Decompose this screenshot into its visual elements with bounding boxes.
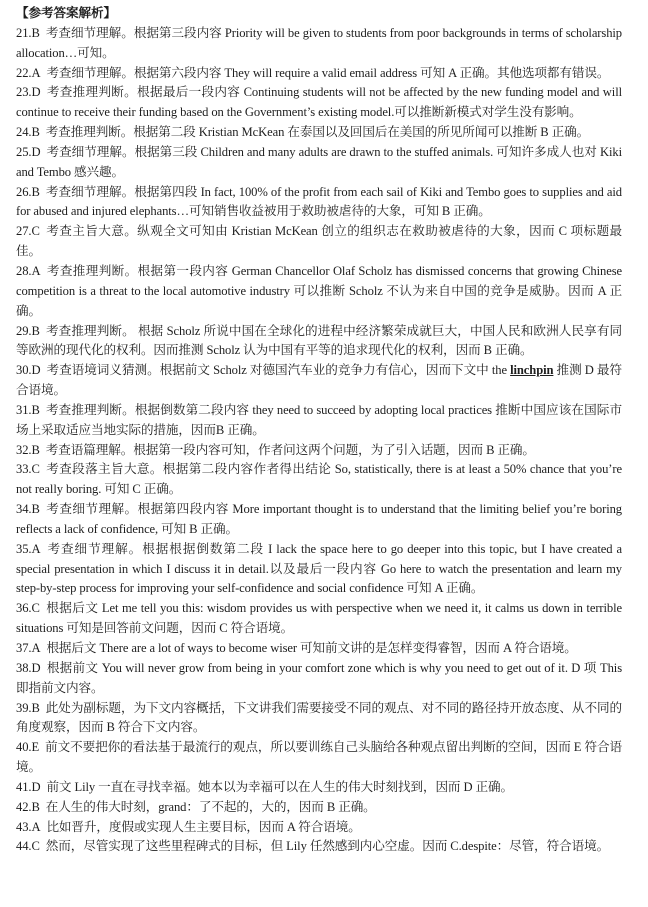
answer-explanation: 考查细节理解。根据第三段 Children and many adults ar… [16,145,622,179]
answer-item-35: 35.A考查细节理解。根据根据倒数第二段 I lack the space he… [16,540,622,600]
answer-explanation: 考查细节理解。根据第四段内容 More important thought is… [16,502,622,536]
highlighted-word-linchpin: linchpin [510,363,553,377]
answer-explanation: 然而，尽管实现了这些里程碑式的目标，但 Lily 任然感到内心空虚。因而 C.d… [46,839,609,853]
answer-item-23: 23.D考查推理判断。根据最后一段内容 Continuing students … [16,83,622,123]
answer-number: 29.B [16,324,40,338]
answer-number: 26.B [16,185,40,199]
answer-explanation: 考查推理判断。根据第二段 Kristian McKean 在泰国以及回国后在美国… [46,125,589,139]
answer-item-36: 36.C根据后文 Let me tell you this: wisdom pr… [16,599,622,639]
answer-item-42: 42.B在人生的伟大时刻，grand：了不起的，大的，因而 B 正确。 [16,798,622,818]
answer-explanation: 根据前文 You will never grow from being in y… [16,661,622,695]
answer-item-24: 24.B考查推理判断。根据第二段 Kristian McKean 在泰国以及回国… [16,123,622,143]
answer-item-26: 26.B考查细节理解。根据第四段 In fact, 100% of the pr… [16,183,622,223]
answer-number: 35.A [16,542,40,556]
answer-number: 38.D [16,661,40,675]
answer-explanation: 考查细节理解。根据根据倒数第二段 I lack the space here t… [16,542,622,596]
answer-number: 23.D [16,85,40,99]
answer-number: 32.B [16,443,40,457]
answer-explanation: 考查推理判断。根据最后一段内容 Continuing students will… [16,85,622,119]
answer-item-21: 21.B考查细节理解。根据第三段内容 Priority will be give… [16,24,622,64]
answer-explanation: 根据后文 There are a lot of ways to become w… [46,641,576,655]
answer-number: 27.C [16,224,40,238]
answer-number: 43.A [16,820,40,834]
answer-item-44: 44.C然而，尽管实现了这些里程碑式的目标，但 Lily 任然感到内心空虚。因而… [16,837,622,857]
answer-item-25: 25.D考查细节理解。根据第三段 Children and many adult… [16,143,622,183]
answer-item-43: 43.A比如晋升，度假或实现人生主要目标，因而 A 符合语境。 [16,818,622,838]
answer-explanation: 比如晋升，度假或实现人生主要目标，因而 A 符合语境。 [46,820,360,834]
answer-explanation-before: 考查语境词义猜测。根据前文 Scholz 对德国汽车业的竞争力有信心，因而下文中… [46,363,510,377]
answer-item-39: 39.B此处为副标题，为下文内容概括，下文讲我们需要接受不同的观点、对不同的路径… [16,699,622,739]
answer-explanation: 在人生的伟大时刻，grand：了不起的，大的，因而 B 正确。 [46,800,376,814]
answer-item-32: 32.B考查语篇理解。根据第一段内容可知，作者问这两个问题，为了引入话题，因而 … [16,441,622,461]
answer-item-38: 38.D根据前文 You will never grow from being … [16,659,622,699]
answer-number: 28.A [16,264,40,278]
answer-item-34: 34.B考查细节理解。根据第四段内容 More important though… [16,500,622,540]
answer-item-40: 40.E前文不要把你的看法基于最流行的观点，所以要训练自己头脑给各种观点留出判断… [16,738,622,778]
answer-explanation: 考查细节理解。根据第四段 In fact, 100% of the profit… [16,185,622,219]
answer-number: 42.B [16,800,40,814]
answer-number: 21.B [16,26,40,40]
answer-item-37: 37.A根据后文 There are a lot of ways to beco… [16,639,622,659]
answer-number: 37.A [16,641,40,655]
answer-explanation: 根据后文 Let me tell you this: wisdom provid… [16,601,622,635]
answer-explanation: 考查主旨大意。纵观全文可知由 Kristian McKean 创立的组织志在救助… [16,224,622,258]
answer-explanation: 考查推理判断。根据倒数第二段内容 they need to succeed by… [16,403,622,437]
answer-item-22: 22.A考查细节理解。根据第六段内容 They will require a v… [16,64,622,84]
answer-explanation: 考查推理判断。根据第一段内容 German Chancellor Olaf Sc… [16,264,622,318]
answer-explanation: 此处为副标题，为下文内容概括，下文讲我们需要接受不同的观点、对不同的路径持开放态… [16,701,622,735]
answer-number: 31.B [16,403,40,417]
answer-explanation: 考查语篇理解。根据第一段内容可知，作者问这两个问题，为了引入话题，因而 B 正确… [46,443,535,457]
answer-number: 25.D [16,145,40,159]
answer-number: 22.A [16,66,40,80]
answer-explanation: 考查细节理解。根据第六段内容 They will require a valid… [46,66,609,80]
answer-number: 40.E [16,740,39,754]
answer-explanation: 前文不要把你的看法基于最流行的观点，所以要训练自己头脑给各种观点留出判断的空间，… [16,740,622,774]
answer-explanation: 考查段落主旨大意。根据第二段内容作者得出结论 So, statistically… [16,462,622,496]
answer-number: 33.C [16,462,40,476]
answer-item-30: 30.D考查语境词义猜测。根据前文 Scholz 对德国汽车业的竞争力有信心，因… [16,361,622,401]
answer-number: 41.D [16,780,40,794]
answer-number: 39.B [16,701,40,715]
answer-number: 36.C [16,601,40,615]
answer-item-41: 41.D前文 Lily 一直在寻找幸福。她本以为幸福可以在人生的伟大时刻找到，因… [16,778,622,798]
answer-number: 44.C [16,839,40,853]
answer-explanation: 前文 Lily 一直在寻找幸福。她本以为幸福可以在人生的伟大时刻找到，因而 D … [46,780,513,794]
answer-item-28: 28.A考查推理判断。根据第一段内容 German Chancellor Ola… [16,262,622,322]
answer-explanation: 考查细节理解。根据第三段内容 Priority will be given to… [16,26,622,60]
answer-item-31: 31.B考查推理判断。根据倒数第二段内容 they need to succee… [16,401,622,441]
answer-item-29: 29.B考查推理判断。 根据 Scholz 所说中国在全球化的进程中经济繁荣成就… [16,322,622,362]
answer-item-27: 27.C考查主旨大意。纵观全文可知由 Kristian McKean 创立的组织… [16,222,622,262]
answer-number: 24.B [16,125,40,139]
answer-item-33: 33.C考查段落主旨大意。根据第二段内容作者得出结论 So, statistic… [16,460,622,500]
answer-number: 30.D [16,363,40,377]
answer-explanation: 考查推理判断。 根据 Scholz 所说中国在全球化的进程中经济繁荣成就巨大，中… [16,324,622,358]
answer-number: 34.B [16,502,40,516]
answer-explanation-document: 【参考答案解析】 21.B考查细节理解。根据第三段内容 Priority wil… [16,4,622,857]
document-heading: 【参考答案解析】 [16,4,622,24]
